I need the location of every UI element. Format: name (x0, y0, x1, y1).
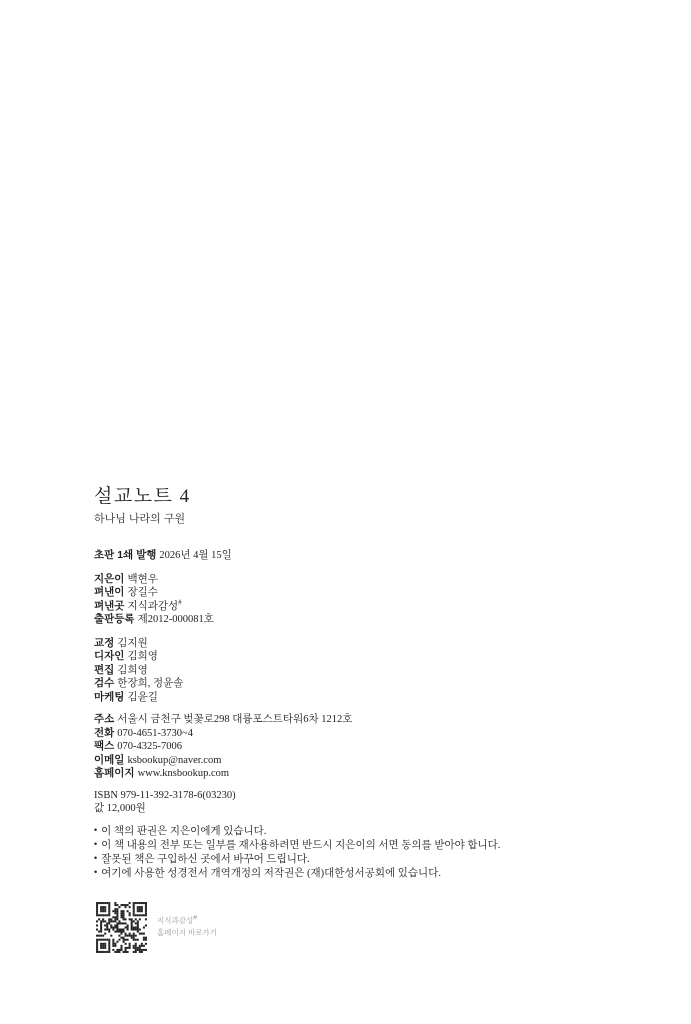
contact-block: 주소서울시 금천구 벚꽃로298 대륭포스트타워6차 1212호 전화070-4… (94, 713, 654, 781)
qr-caption: 지식과감성# 홈페이지 바로가기 (157, 915, 217, 939)
colophon-row-proofread: 교정김지원 (94, 637, 654, 651)
row-label: 편집 (94, 664, 114, 676)
colophon-row-homepage: 홈페이지www.knsbookup.com (94, 767, 654, 781)
colophon-row-fax: 팩스070-4325-7006 (94, 740, 654, 754)
row-value: 지식과감성 (127, 601, 178, 612)
row-label: 팩스 (94, 740, 114, 752)
qr-caption-brand: 지식과감성# (157, 915, 217, 927)
row-label: 출판등록 (94, 613, 135, 625)
colophon-row-editing: 편집김희영 (94, 664, 654, 678)
row-value: 서울시 금천구 벚꽃로298 대륭포스트타워6차 1212호 (117, 714, 352, 725)
colophon-row-review: 검수한장희, 정윤솔 (94, 677, 654, 691)
homepage-url: www.knsbookup.com (138, 768, 229, 779)
colophon-row-phone: 전화070-4651-3730~4 (94, 727, 654, 741)
colophon-row-marketing: 마케팅김윤길 (94, 691, 654, 705)
row-label: 홈페이지 (94, 767, 135, 779)
row-value: 070-4651-3730~4 (117, 728, 193, 739)
colophon-row-author: 지은이백현우 (94, 573, 654, 587)
price: 값 12,000원 (94, 802, 654, 816)
colophon-row-design: 디자인김희영 (94, 650, 654, 664)
colophon-row-email: 이메일ksbookup@naver.com (94, 754, 654, 768)
row-value: 김희영 (117, 665, 147, 676)
notice-item: •이 책의 판권은 지은이에게 있습니다. (94, 824, 654, 838)
row-label: 지은이 (94, 573, 124, 585)
row-label: 교정 (94, 637, 114, 649)
row-label: 검수 (94, 677, 114, 689)
row-label: 이메일 (94, 754, 124, 766)
book-subtitle: 하나님 나라의 구원 (94, 513, 654, 526)
notice-item: •여기에 사용한 성경전서 개역개정의 저작권은 (재)대한성서공회에 있습니다… (94, 866, 654, 880)
notice-text: 여기에 사용한 성경전서 개역개정의 저작권은 (재)대한성서공회에 있습니다. (101, 868, 441, 879)
qr-brand-mark: # (193, 915, 197, 922)
book-title: 설교노트 4 (94, 486, 654, 508)
notices-block: •이 책의 판권은 지은이에게 있습니다. •이 책 내용의 전부 또는 일부를… (94, 824, 654, 880)
isbn-number: ISBN 979-11-392-3178-6(03230) (94, 789, 654, 803)
row-value: 백현우 (127, 574, 157, 585)
email-address: ksbookup@naver.com (127, 755, 221, 766)
publisher-brand-mark: # (178, 598, 182, 606)
row-label: 펴낸이 (94, 586, 124, 598)
row-value: 김윤길 (127, 692, 157, 703)
edition-value: 2026년 4월 15일 (159, 550, 231, 561)
notice-item: •이 책 내용의 전부 또는 일부를 재사용하려면 반드시 지은이의 서면 동의… (94, 838, 654, 852)
colophon-row-address: 주소서울시 금천구 벚꽃로298 대륭포스트타워6차 1212호 (94, 713, 654, 727)
qr-code (94, 900, 149, 955)
row-value: 제2012-000081호 (138, 614, 214, 625)
bullet-marker: • (94, 825, 97, 835)
staff-block: 교정김지원 디자인김희영 편집김희영 검수한장희, 정윤솔 마케팅김윤길 (94, 637, 654, 705)
row-value: 070-4325-7006 (117, 741, 182, 752)
row-label: 주소 (94, 713, 114, 725)
bullet-marker: • (94, 867, 97, 877)
edition-label: 초판 1쇄 발행 (94, 549, 156, 561)
notice-text: 잘못된 책은 구입하신 곳에서 바꾸어 드립니다. (101, 854, 309, 865)
bullet-marker: • (94, 853, 97, 863)
colophon-content: 설교노트 4 하나님 나라의 구원 초판 1쇄 발행2026년 4월 15일 지… (94, 486, 654, 955)
edition-line: 초판 1쇄 발행2026년 4월 15일 (94, 549, 654, 563)
notice-text: 이 책 내용의 전부 또는 일부를 재사용하려면 반드시 지은이의 서면 동의를… (101, 840, 500, 851)
notice-item: •잘못된 책은 구입하신 곳에서 바꾸어 드립니다. (94, 852, 654, 866)
row-value: 장길수 (127, 587, 157, 598)
qr-caption-link-text: 홈페이지 바로가기 (157, 927, 217, 939)
row-label: 전화 (94, 727, 114, 739)
row-label: 마케팅 (94, 691, 124, 703)
colophon-row-publisher-company: 펴낸곳지식과감성# (94, 600, 654, 614)
row-label: 펴낸곳 (94, 600, 124, 612)
bullet-marker: • (94, 839, 97, 849)
row-label: 디자인 (94, 650, 124, 662)
colophon-page: 설교노트 4 하나님 나라의 구원 초판 1쇄 발행2026년 4월 15일 지… (0, 0, 691, 1024)
row-value: 김희영 (127, 651, 157, 662)
notice-text: 이 책의 판권은 지은이에게 있습니다. (101, 826, 266, 837)
publication-block: 지은이백현우 펴낸이장길수 펴낸곳지식과감성# 출판등록제2012-000081… (94, 573, 654, 627)
colophon-row-registration: 출판등록제2012-000081호 (94, 613, 654, 627)
isbn-block: ISBN 979-11-392-3178-6(03230) 값 12,000원 (94, 789, 654, 816)
row-value: 김지원 (117, 638, 147, 649)
qr-section: 지식과감성# 홈페이지 바로가기 (94, 900, 654, 955)
row-value: 한장희, 정윤솔 (117, 678, 183, 689)
